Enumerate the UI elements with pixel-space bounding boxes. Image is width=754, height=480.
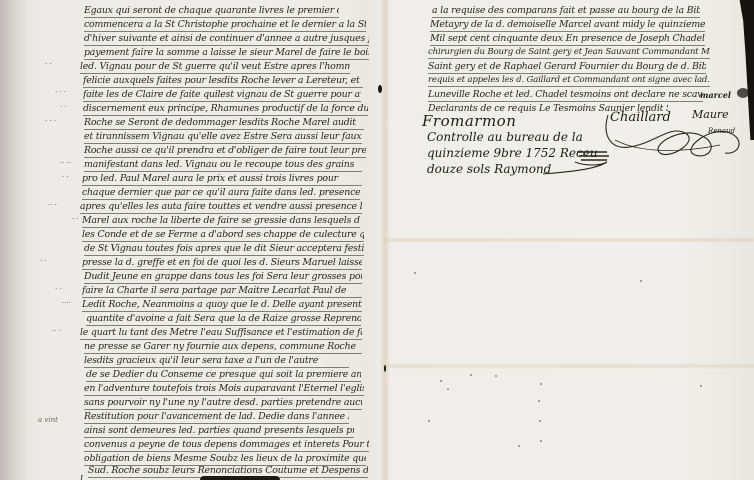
margin-mark: · · — [55, 285, 62, 293]
ink-blot — [384, 365, 386, 372]
text-line: faite les de Claire de faite quilest vig… — [83, 89, 361, 102]
text-line: Mil sept cent cinquante deux En presence… — [430, 33, 705, 46]
text-line: commencera a la St Christophe prochaine … — [84, 19, 366, 32]
text-line: felicie auxquels faites pour lesdits Roc… — [83, 75, 363, 88]
binding-shadow — [0, 0, 30, 480]
margin-mark: · · — [62, 173, 69, 181]
text-line: pro led. Paul Marel aura le prix et auss… — [82, 173, 362, 186]
paper-speck — [540, 440, 542, 442]
paper-speck — [414, 272, 416, 274]
signature-flourish — [600, 105, 750, 165]
text-line: Dudit Jeune en grappe dans tous les foi … — [84, 271, 362, 284]
margin-mark: · · · — [55, 88, 66, 96]
text-line: et tirannissem Vignau qu'elle avez Estre… — [84, 131, 362, 144]
text-line: Metayry de la d. demoiselle Marcel avant… — [430, 19, 705, 32]
signature-fromarmon: Fromarmon — [422, 112, 516, 130]
control-note-line: douze sols Raymond — [427, 162, 551, 176]
text-line: apres qu'elles les auta faire touttes et… — [80, 201, 362, 214]
text-line: quantite d'avoine a fait Sera que la de … — [86, 313, 361, 326]
margin-mark: ·· · — [52, 327, 61, 335]
text-line: de se Dedier du Conseme ce presque qui s… — [86, 369, 361, 382]
margin-mark: · · · — [45, 117, 56, 125]
text-line: les Conde et de se Ferme a d'abord ses c… — [82, 229, 364, 242]
paper-speck — [538, 400, 540, 402]
notary-paraphe — [535, 148, 615, 176]
text-line: presse la d. greffe et en foi de quoi le… — [82, 257, 362, 270]
paper-speck — [700, 385, 702, 387]
margin-mark: ·· · — [48, 201, 57, 209]
paper-speck — [539, 420, 541, 422]
text-line: Restitution pour l'avancement de lad. De… — [84, 411, 349, 424]
paper-speck — [440, 380, 442, 382]
paper-speck — [540, 383, 542, 385]
text-line: a la requise des comparans fait et passe… — [432, 5, 700, 18]
text-line: manifestant dans led. Vignau ou le recou… — [84, 159, 362, 172]
text-line: d'hiver suivante et ainsi de continuer d… — [84, 33, 369, 46]
margin-mark: a vint — [38, 416, 58, 424]
paper-speck — [470, 374, 472, 376]
text-line: discernement eux principe, Rhamunes prod… — [83, 103, 368, 116]
text-line: de St Vignau toutes fois apres que le di… — [84, 243, 364, 256]
text-line: l — [80, 474, 340, 480]
text-line: Roche se Seront de dedommager lesdits Ro… — [84, 117, 364, 130]
text-line: sans pourvoir ny l'une ny l'autre desd. … — [84, 397, 362, 410]
text-line: convenus a peyne de tous depens dommages… — [84, 439, 369, 452]
paper-speck — [428, 420, 430, 422]
text-line: ainsi sont demeures led. parties quand p… — [84, 425, 354, 438]
text-line: Egaux qui seront de chaque quarante livr… — [84, 5, 339, 18]
horizontal-fold-crease — [383, 237, 754, 243]
text-line: en l'adventure toutefois trois Mois aupa… — [84, 383, 364, 396]
margin-mark: ···· — [62, 299, 71, 307]
text-line: led. Vignau pour de St guerre qu'il veut… — [80, 61, 350, 74]
margin-mark: ·· ·· — [60, 159, 71, 167]
horizontal-fold-crease — [383, 363, 754, 369]
text-line: requis et appeles les d. Gaillard et Com… — [428, 75, 710, 87]
text-line: le quart lu tant des Metre l'eau Suffisa… — [80, 327, 362, 340]
text-line: Ledit Roche, Neanmoins a quoy que le d. … — [82, 299, 362, 312]
margin-mark: · · — [60, 103, 67, 111]
text-line: Luneville Roche et led. Chadel tesmoins … — [428, 89, 703, 102]
paper-speck — [518, 445, 520, 447]
text-line: Saint gery et de Raphael Gerard Fournier… — [428, 61, 706, 74]
paraphe-marcel: marcel — [700, 90, 731, 100]
margin-mark: · · — [40, 257, 47, 265]
control-note-line: Controlle au bureau de la — [427, 130, 583, 144]
text-line: chaque dernier que par ce qu'il aura fai… — [82, 187, 360, 200]
scanned-manuscript: Egaux qui seront de chaque quarante livr… — [0, 0, 754, 480]
ink-blot — [737, 88, 749, 98]
text-line: chirurgien du Bourg de Saint gery et Jea… — [428, 47, 710, 59]
text-line: Marel aux roche la liberte de faire se g… — [82, 215, 360, 228]
text-line: ne presse se Garer ny fournie aux depens… — [84, 341, 362, 354]
margin-mark: · · — [72, 215, 79, 223]
ink-blot — [378, 85, 382, 93]
text-line: payement faire la somme a laisse le sieu… — [84, 47, 369, 60]
text-line: faire la Charte il sera partage par Mait… — [82, 285, 362, 298]
paper-speck — [447, 388, 449, 390]
margin-mark: · · — [45, 60, 52, 68]
paper-speck — [640, 280, 642, 282]
paper-speck — [495, 375, 497, 377]
text-line: Roche aussi ce qu'il prendra et d'oblige… — [84, 145, 366, 158]
text-line: lesdits gracieux qu'il leur sera taxe a … — [84, 355, 349, 368]
